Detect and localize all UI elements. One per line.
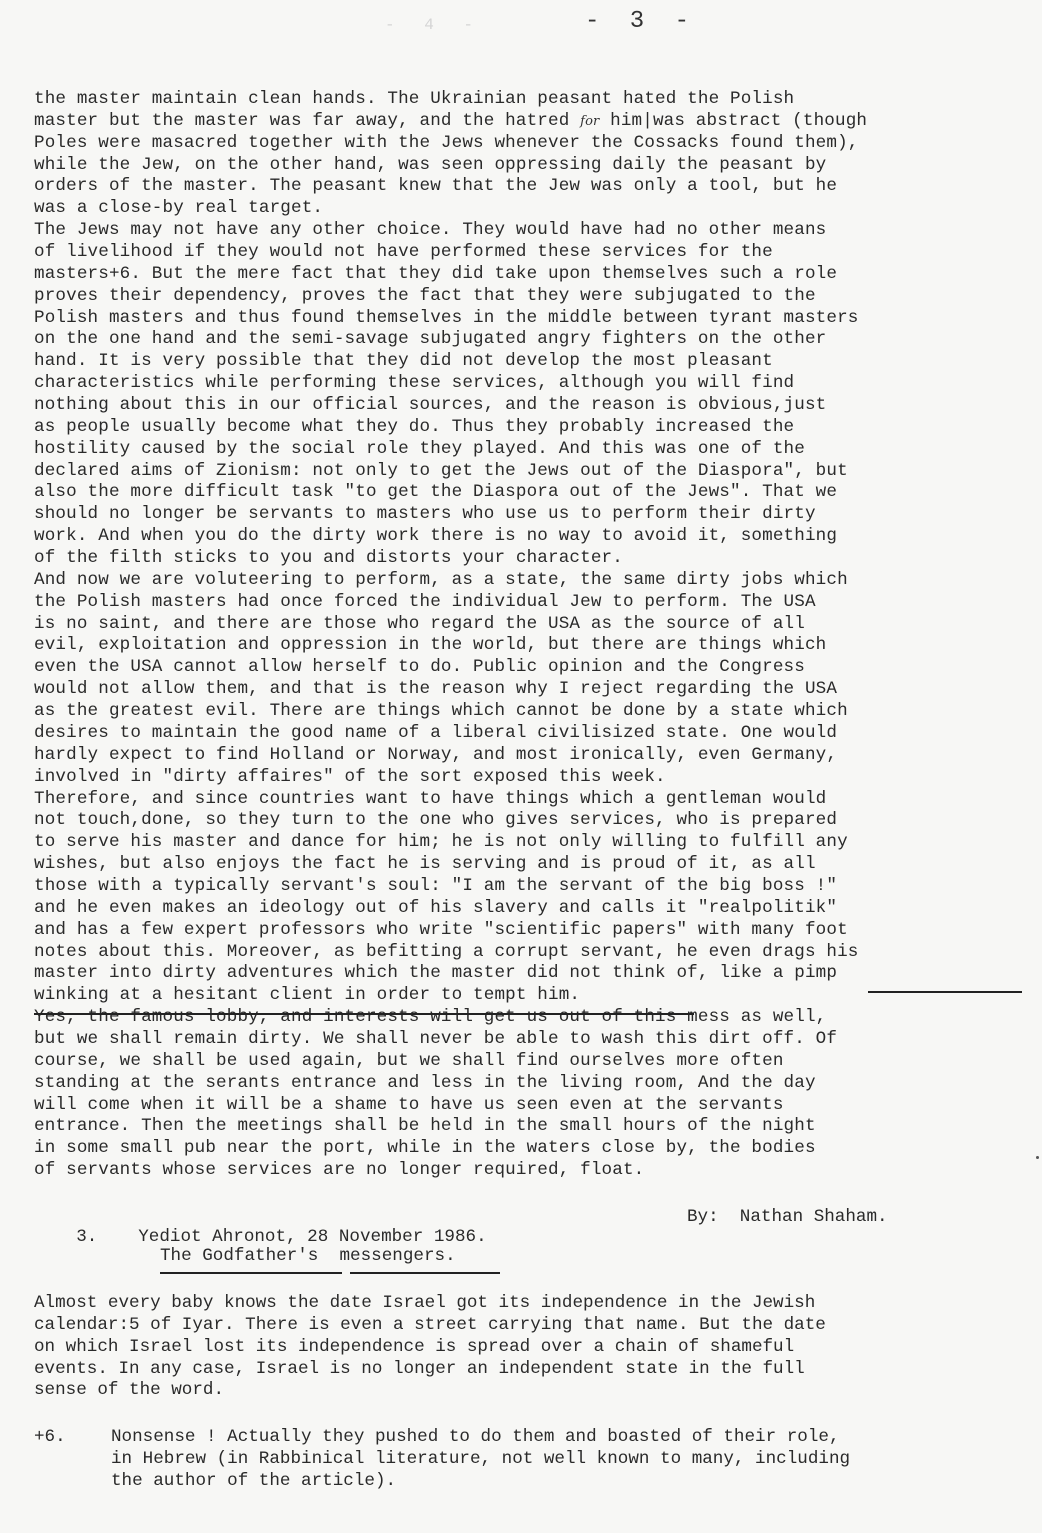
- article-line: on which Israel lost its independence is…: [34, 1337, 1039, 1359]
- text-line: nothing about this in our official sourc…: [34, 395, 1039, 417]
- text-line: should no longer be servants to masters …: [34, 504, 1039, 526]
- text-line: and he even makes an ideology out of his…: [34, 898, 1039, 920]
- text-line: Yes, the famous lobby, and interests wil…: [34, 1007, 1039, 1029]
- text-line: course, we shall be used again, but we s…: [34, 1051, 1039, 1073]
- scan-speck: [1036, 1156, 1039, 1159]
- underline-rule-client: [34, 1013, 694, 1015]
- title-underline-2: [350, 1272, 500, 1274]
- text-line: hardly expect to find Holland or Norway,…: [34, 745, 1039, 767]
- text-line: and has a few expert professors who writ…: [34, 920, 1039, 942]
- footnote-line: Nonsense ! Actually they pushed to do th…: [111, 1427, 850, 1449]
- footnote-text: Nonsense ! Actually they pushed to do th…: [111, 1427, 850, 1493]
- text-line: not touch,done, so they turn to the one …: [34, 810, 1039, 832]
- bleed-through-page-mark: - 4 -: [385, 16, 483, 34]
- footnote-line: in Hebrew (in Rabbinical literature, not…: [111, 1449, 850, 1471]
- text-line: was a close-by real target.: [34, 198, 1039, 220]
- text-line: even the USA cannot allow herself to do.…: [34, 657, 1039, 679]
- text-line: as people usually become what they do. T…: [34, 417, 1039, 439]
- text-line: also the more difficult task "to get the…: [34, 482, 1039, 504]
- text-line: will come when it will be a shame to hav…: [34, 1095, 1039, 1117]
- text-line: of livelihood if they would not have per…: [34, 242, 1039, 264]
- footnote: +6. Nonsense ! Actually they pushed to d…: [34, 1427, 1039, 1514]
- text-line: would not allow them, and that is the re…: [34, 679, 1039, 701]
- text-line: Therefore, and since countries want to h…: [34, 789, 1039, 811]
- handwritten-insertion: for: [580, 114, 599, 129]
- page-number: - 3 -: [585, 8, 697, 35]
- text-line: the master maintain clean hands. The Ukr…: [34, 89, 1039, 111]
- text-line: characteristics while performing these s…: [34, 373, 1039, 395]
- text-line: winking at a hesitant client in order to…: [34, 985, 1039, 1007]
- text-line: but we shall remain dirty. We shall neve…: [34, 1029, 1039, 1051]
- text-line: involved in "dirty affaires" of the sort…: [34, 767, 1039, 789]
- text-line: desires to maintain the good name of a l…: [34, 723, 1039, 745]
- text-line: those with a typically servant's soul: "…: [34, 876, 1039, 898]
- text-line: orders of the master. The peasant knew t…: [34, 176, 1039, 198]
- source-number: 3.: [76, 1227, 138, 1247]
- text-line: while the Jew, on the other hand, was se…: [34, 155, 1039, 177]
- text-line: wishes, but also enjoys the fact he is s…: [34, 854, 1039, 876]
- document-page: - 4 - - 3 - the master maintain clean ha…: [0, 0, 1042, 1533]
- text-line: master into dirty adventures which the m…: [34, 963, 1039, 985]
- underlined-phrase: like a pimp: [719, 963, 837, 983]
- text-line: the Polish masters had once forced the i…: [34, 592, 1039, 614]
- text-line: of servants whose services are no longer…: [34, 1160, 1039, 1182]
- text-line: in some small pub near the port, while i…: [34, 1138, 1039, 1160]
- text-line: notes about this. Moreover, as befitting…: [34, 942, 1039, 964]
- text-line: hostility caused by the social role they…: [34, 439, 1039, 461]
- text-line: standing at the serants entrance and les…: [34, 1073, 1039, 1095]
- title-underline-1: [160, 1272, 342, 1274]
- text-line: declared aims of Zionism: not only to ge…: [34, 461, 1039, 483]
- source-byline: By: Nathan Shaham.: [687, 1207, 888, 1227]
- text-line: entrance. Then the meetings shall be hel…: [34, 1116, 1039, 1138]
- article-line: calendar:5 of Iyar. There is even a stre…: [34, 1315, 1039, 1337]
- footnote-line: the author of the article).: [111, 1471, 850, 1493]
- text-line: as the greatest evil. There are things w…: [34, 701, 1039, 723]
- text-line: of the filth sticks to you and distorts …: [34, 548, 1039, 570]
- article-line: events. In any case, Israel is no longer…: [34, 1359, 1039, 1381]
- text-line: work. And when you do the dirty work the…: [34, 526, 1039, 548]
- text-line: masters+6. But the mere fact that they d…: [34, 264, 1039, 286]
- text-line: to serve his master and dance for him; h…: [34, 832, 1039, 854]
- text-line: evil, exploitation and oppression in the…: [34, 635, 1039, 657]
- source-publication: Yediot Ahronot, 28 November 1986.: [138, 1227, 486, 1247]
- text-line: on the one hand and the semi-savage subj…: [34, 329, 1039, 351]
- text-line: The Jews may not have any other choice. …: [34, 220, 1039, 242]
- text-line: proves their dependency, proves the fact…: [34, 286, 1039, 308]
- text-line: master but the master was far away, and …: [34, 111, 1039, 133]
- main-body-text: the master maintain clean hands. The Ukr…: [34, 89, 1039, 1182]
- text-line: hand. It is very possible that they did …: [34, 351, 1039, 373]
- text-line: Poles were masacred together with the Je…: [34, 133, 1039, 155]
- footnote-number: +6.: [34, 1427, 66, 1449]
- article-line: sense of the word.: [34, 1380, 1039, 1402]
- text-line: Polish masters and thus found themselves…: [34, 308, 1039, 330]
- article-body-text: Almost every baby knows the date Israel …: [34, 1293, 1039, 1402]
- text-line: And now we are voluteering to perform, a…: [34, 570, 1039, 592]
- article-line: Almost every baby knows the date Israel …: [34, 1293, 1039, 1315]
- underline-rule-pimp: [868, 991, 1022, 993]
- text-line: is no saint, and there are those who reg…: [34, 614, 1039, 636]
- article-title: The Godfather's messengers.: [160, 1246, 456, 1266]
